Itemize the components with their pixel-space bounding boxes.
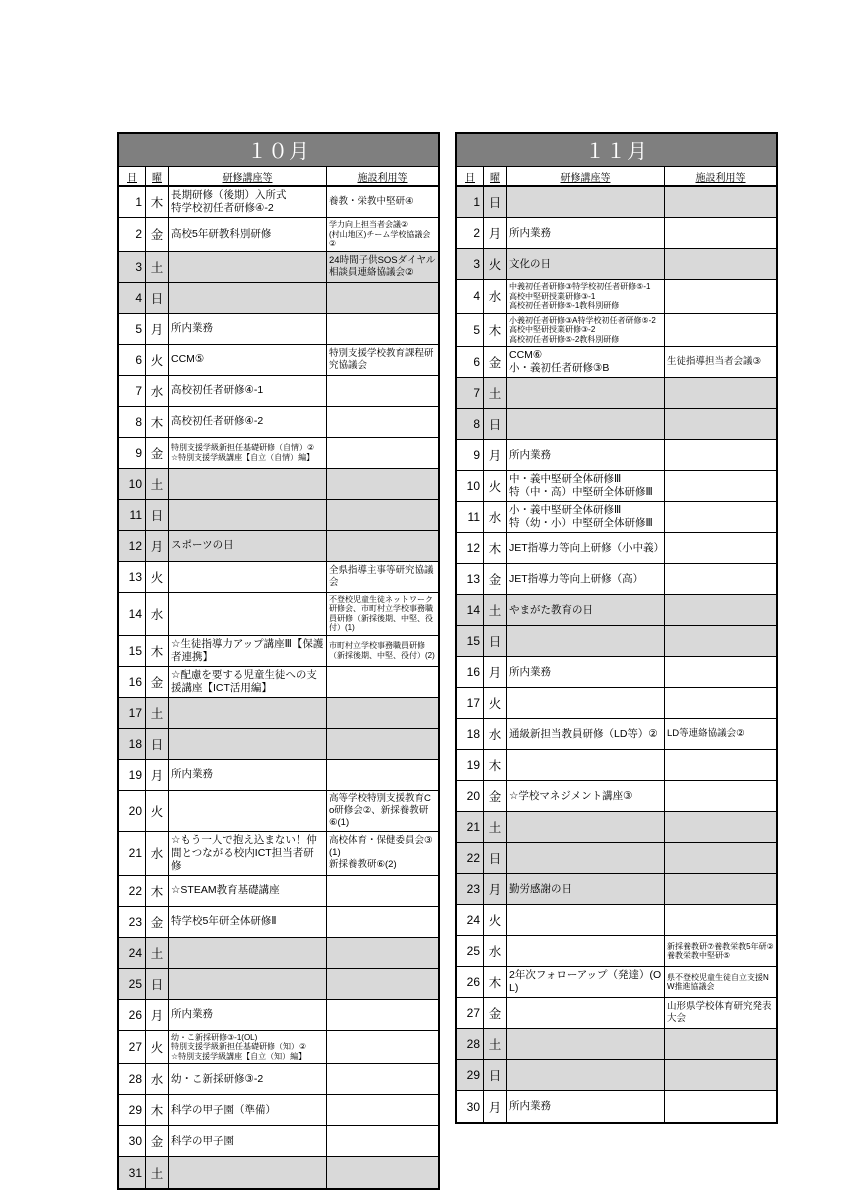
weekday-cell: 金 <box>484 781 507 811</box>
day-cell: 17 <box>457 688 484 718</box>
facility-text-line: 新採養教研⑦養教栄教5年研②養教栄教中堅研⑤ <box>667 942 774 961</box>
calendar-row: 5木小義初任者研修③A特学校初任者研修⑤-2高校中堅研授業研修③-2高校初任者研… <box>457 314 776 348</box>
calendar-row: 18日 <box>119 729 438 760</box>
day-cell: 1 <box>457 187 484 217</box>
calendar-row: 3火文化の日 <box>457 249 776 280</box>
day-cell: 9 <box>457 440 484 470</box>
facility-text-line: 県不登校児童生徒自立支援NW推進協議会 <box>667 973 774 992</box>
training-cell <box>169 698 327 728</box>
training-text-line: ☆STEAM教育基礎講座 <box>171 884 324 897</box>
header-training: 研修講座等 <box>169 167 327 185</box>
calendar-row: 26月所内業務 <box>119 1000 438 1031</box>
day-cell: 2 <box>457 218 484 248</box>
facility-cell <box>665 249 776 279</box>
calendar-row: 17火 <box>457 688 776 719</box>
weekday-cell: 水 <box>484 502 507 532</box>
weekday-cell: 木 <box>146 876 169 906</box>
day-cell: 7 <box>457 378 484 408</box>
training-cell: 高校初任者研修④-2 <box>169 407 327 437</box>
calendar-row: 31土 <box>119 1157 438 1188</box>
training-text-line: 特学校初任者研修④-2 <box>171 202 324 215</box>
training-text-line: 科学の甲子園（準備） <box>171 1104 324 1117</box>
day-cell: 6 <box>457 347 484 377</box>
facility-cell <box>665 218 776 248</box>
calendar-row: 10土 <box>119 469 438 500</box>
calendar-row: 29木科学の甲子園（準備） <box>119 1095 438 1126</box>
training-text-line: 高校5年研教科別研修 <box>171 228 324 241</box>
facility-text-line: 新採養教研⑥(2) <box>329 859 436 871</box>
facility-text-line: 生徒指導担当者会議③ <box>667 356 774 368</box>
weekday-cell: 土 <box>146 938 169 968</box>
facility-cell <box>327 760 438 790</box>
facility-text-line: 特別支援学校教育課程研究協議会 <box>329 348 436 372</box>
calendar-row: 13火全県指導主事等研究協議会 <box>119 562 438 593</box>
calendar-row: 12木JET指導力等向上研修（小中義） <box>457 533 776 564</box>
day-cell: 3 <box>457 249 484 279</box>
day-cell: 20 <box>119 791 146 831</box>
calendar-row: 7水高校初任者研修④-1 <box>119 376 438 407</box>
training-text-line: 高校中堅研授業研修③-1 <box>509 292 662 302</box>
calendar-row: 24火 <box>457 905 776 936</box>
day-cell: 21 <box>457 812 484 842</box>
calendar-row: 10火中・義中堅研全体研修Ⅲ特（中・高）中堅研全体研修Ⅲ <box>457 471 776 502</box>
training-cell: ☆STEAM教育基礎講座 <box>169 876 327 906</box>
training-cell: 所内業務 <box>507 1091 665 1122</box>
header-day: 日 <box>457 167 484 185</box>
facility-cell <box>327 698 438 728</box>
calendar-row: 22日 <box>457 843 776 874</box>
training-text-line: 高校初任者研修④-1 <box>171 384 324 397</box>
training-text-line: 小・義初任者研修③B <box>509 362 662 375</box>
training-text-line: ☆特別支援学級講座【自立（知）編】 <box>171 1052 324 1062</box>
day-cell: 13 <box>457 564 484 594</box>
facility-cell <box>327 438 438 468</box>
training-cell: やまがた教育の日 <box>507 595 665 625</box>
training-text-line: 長期研修（後期）入所式 <box>171 189 324 202</box>
training-cell <box>507 626 665 656</box>
training-text-line: ☆もう一人で抱え込まない！仲間とつながる校内ICT担当者研修 <box>171 834 324 873</box>
day-cell: 12 <box>119 531 146 561</box>
day-cell: 14 <box>457 595 484 625</box>
calendar-row: 24土 <box>119 938 438 969</box>
facility-cell <box>327 1064 438 1094</box>
calendar-row: 4日 <box>119 283 438 314</box>
training-cell <box>169 283 327 313</box>
training-cell <box>507 1060 665 1090</box>
day-cell: 1 <box>119 187 146 217</box>
training-text-line: 所内業務 <box>171 322 324 335</box>
facility-cell: 県不登校児童生徒自立支援NW推進協議会 <box>665 967 776 997</box>
facility-cell: 新採養教研⑦養教栄教5年研②養教栄教中堅研⑤ <box>665 936 776 966</box>
facility-text-line: 24時間子供SOSダイヤル相談員連絡協議会② <box>329 255 436 279</box>
facility-cell <box>665 626 776 656</box>
training-text-line: 2年次フォローアップ（発達）(OL) <box>509 969 662 995</box>
training-cell: 幼・こ新採研修③-1(OL)特別支援学級新担任基礎研修（知）②☆特別支援学級講座… <box>169 1031 327 1064</box>
weekday-cell: 月 <box>146 531 169 561</box>
facility-cell: 不登校児童生徒ネットワーク研修会、市町村立学校事務職員研修（新採後期、中堅、役付… <box>327 593 438 635</box>
training-cell <box>507 409 665 439</box>
weekday-cell: 日 <box>484 409 507 439</box>
facility-text-line: 山形県学校体育研究発表大会 <box>667 1001 774 1025</box>
calendar-row: 29日 <box>457 1060 776 1091</box>
day-cell: 19 <box>457 750 484 780</box>
training-cell <box>507 688 665 718</box>
training-text-line: ☆生徒指導力アップ講座Ⅲ【保護者連携】 <box>171 638 324 664</box>
header-training: 研修講座等 <box>507 167 665 185</box>
training-text-line: 勤労感謝の日 <box>509 883 662 896</box>
weekday-cell: 火 <box>146 791 169 831</box>
weekday-cell: 土 <box>484 1029 507 1059</box>
calendar-october: １０月 日 曜 研修講座等 施設利用等 1木長期研修（後期）入所式特学校初任者研… <box>117 132 440 1190</box>
facility-text-line: 市町村立学校事務職員研修（新採後期、中堅、役付）(2) <box>329 641 436 660</box>
training-cell <box>507 812 665 842</box>
calendar-row: 25日 <box>119 969 438 1000</box>
weekday-cell: 月 <box>146 760 169 790</box>
training-cell <box>507 843 665 873</box>
day-cell: 28 <box>119 1064 146 1094</box>
weekday-cell: 土 <box>484 595 507 625</box>
training-cell: 科学の甲子園 <box>169 1126 327 1156</box>
facility-cell: 学力向上担当者会議②(村山地区)チーム学校協議会② <box>327 218 438 251</box>
training-text-line: 特（幼・小）中堅研全体研修Ⅲ <box>509 517 662 530</box>
training-cell: 長期研修（後期）入所式特学校初任者研修④-2 <box>169 187 327 217</box>
weekday-cell: 月 <box>484 874 507 904</box>
weekday-cell: 水 <box>146 376 169 406</box>
facility-cell <box>665 314 776 347</box>
facility-text-line: (村山地区)チーム学校協議会② <box>329 230 436 249</box>
training-cell: 幼・こ新採研修③-2 <box>169 1064 327 1094</box>
weekday-cell: 水 <box>484 280 507 313</box>
training-cell <box>169 938 327 968</box>
calendar-row: 3土24時間子供SOSダイヤル相談員連絡協議会② <box>119 252 438 283</box>
facility-cell <box>327 500 438 530</box>
day-cell: 23 <box>457 874 484 904</box>
calendar-row: 14水不登校児童生徒ネットワーク研修会、市町村立学校事務職員研修（新採後期、中堅… <box>119 593 438 636</box>
rows-november: 1日2月所内業務3火文化の日4水中義初任者研修③特学校初任者研修⑤-1高校中堅研… <box>457 187 776 1122</box>
day-cell: 19 <box>119 760 146 790</box>
weekday-cell: 日 <box>146 969 169 999</box>
facility-cell: 高校体育・保健委員会③(1)新採養教研⑥(2) <box>327 832 438 875</box>
facility-cell <box>327 1126 438 1156</box>
training-cell <box>507 936 665 966</box>
day-cell: 11 <box>457 502 484 532</box>
facility-cell <box>327 907 438 937</box>
weekday-cell: 日 <box>146 283 169 313</box>
weekday-cell: 金 <box>146 667 169 697</box>
training-cell: 特学校5年研全体研修Ⅱ <box>169 907 327 937</box>
weekday-cell: 火 <box>146 562 169 592</box>
training-cell: 高校5年研教科別研修 <box>169 218 327 251</box>
weekday-cell: 日 <box>484 1060 507 1090</box>
training-text-line: 所内業務 <box>509 1100 662 1113</box>
day-cell: 29 <box>119 1095 146 1125</box>
calendar-row: 14土やまがた教育の日 <box>457 595 776 626</box>
day-cell: 25 <box>119 969 146 999</box>
day-cell: 6 <box>119 345 146 375</box>
training-cell: 所内業務 <box>507 657 665 687</box>
facility-cell <box>327 407 438 437</box>
training-text-line: ☆特別支援学級講座【自立（自情）編】 <box>171 453 324 463</box>
calendar-row: 8日 <box>457 409 776 440</box>
weekday-cell: 金 <box>484 998 507 1028</box>
training-cell: 所内業務 <box>169 760 327 790</box>
training-cell: CCM⑤ <box>169 345 327 375</box>
day-cell: 18 <box>119 729 146 759</box>
facility-cell <box>327 729 438 759</box>
day-cell: 5 <box>457 314 484 347</box>
weekday-cell: 日 <box>484 843 507 873</box>
calendar-row: 2金高校5年研教科別研修学力向上担当者会議②(村山地区)チーム学校協議会② <box>119 218 438 252</box>
training-cell: 所内業務 <box>169 1000 327 1030</box>
calendar-row: 11水小・義中堅研全体研修Ⅲ特（幼・小）中堅研全体研修Ⅲ <box>457 502 776 533</box>
day-cell: 22 <box>119 876 146 906</box>
facility-cell <box>665 688 776 718</box>
calendar-row: 5月所内業務 <box>119 314 438 345</box>
training-text-line: 特（中・高）中堅研全体研修Ⅲ <box>509 486 662 499</box>
day-cell: 8 <box>457 409 484 439</box>
facility-cell: 特別支援学校教育課程研究協議会 <box>327 345 438 375</box>
training-cell: JET指導力等向上研修（高） <box>507 564 665 594</box>
facility-cell <box>665 843 776 873</box>
calendar-row: 15日 <box>457 626 776 657</box>
facility-cell <box>665 409 776 439</box>
weekday-cell: 金 <box>146 907 169 937</box>
facility-cell <box>665 378 776 408</box>
training-cell <box>169 791 327 831</box>
weekday-cell: 日 <box>146 500 169 530</box>
weekday-cell: 月 <box>146 314 169 344</box>
header-facility: 施設利用等 <box>327 167 438 185</box>
training-text-line: 文化の日 <box>509 258 662 271</box>
day-cell: 18 <box>457 719 484 749</box>
facility-cell <box>665 1060 776 1090</box>
weekday-cell: 土 <box>146 698 169 728</box>
header-weekday: 曜 <box>146 167 169 185</box>
day-cell: 29 <box>457 1060 484 1090</box>
calendar-row: 4水中義初任者研修③特学校初任者研修⑤-1高校中堅研授業研修③-1高校初任者研修… <box>457 280 776 314</box>
training-text-line: やまがた教育の日 <box>509 604 662 617</box>
calendar-row: 23金特学校5年研全体研修Ⅱ <box>119 907 438 938</box>
table-header-november: 日 曜 研修講座等 施設利用等 <box>457 167 776 187</box>
training-cell <box>169 969 327 999</box>
calendar-row: 22木☆STEAM教育基礎講座 <box>119 876 438 907</box>
calendar-row: 16月所内業務 <box>457 657 776 688</box>
training-cell: 中・義中堅研全体研修Ⅲ特（中・高）中堅研全体研修Ⅲ <box>507 471 665 501</box>
day-cell: 26 <box>457 967 484 997</box>
weekday-cell: 水 <box>146 593 169 635</box>
facility-cell <box>327 376 438 406</box>
training-cell: ☆配慮を要する児童生徒への支援講座【ICT活用編】 <box>169 667 327 697</box>
training-text-line: 中・義中堅研全体研修Ⅲ <box>509 473 662 486</box>
training-cell <box>169 252 327 282</box>
calendar-row: 27火幼・こ新採研修③-1(OL)特別支援学級新担任基礎研修（知）②☆特別支援学… <box>119 1031 438 1065</box>
facility-cell <box>327 938 438 968</box>
facility-text-line: LD等連絡協議会② <box>667 728 774 740</box>
facility-cell: 全県指導主事等研究協議会 <box>327 562 438 592</box>
calendar-row: 18水通級新担当教員研修（LD等）②LD等連絡協議会② <box>457 719 776 750</box>
day-cell: 16 <box>119 667 146 697</box>
header-weekday: 曜 <box>484 167 507 185</box>
calendar-row: 17土 <box>119 698 438 729</box>
facility-cell <box>665 502 776 532</box>
training-text-line: JET指導力等向上研修（高） <box>509 573 662 586</box>
calendar-row: 11日 <box>119 500 438 531</box>
weekday-cell: 木 <box>146 636 169 666</box>
training-cell: 小義初任者研修③A特学校初任者研修⑤-2高校中堅研授業研修③-2高校初任者研修⑤… <box>507 314 665 347</box>
training-text-line: 科学の甲子園 <box>171 1135 324 1148</box>
training-cell <box>169 469 327 499</box>
weekday-cell: 木 <box>484 750 507 780</box>
weekday-cell: 月 <box>484 657 507 687</box>
calendar-row: 28土 <box>457 1029 776 1060</box>
day-cell: 23 <box>119 907 146 937</box>
training-cell: 特別支援学級新担任基礎研修（自情）②☆特別支援学級講座【自立（自情）編】 <box>169 438 327 468</box>
day-cell: 4 <box>119 283 146 313</box>
training-cell: 所内業務 <box>507 440 665 470</box>
training-text-line: 小義初任者研修③A特学校初任者研修⑤-2 <box>509 316 662 326</box>
day-cell: 14 <box>119 593 146 635</box>
weekday-cell: 月 <box>484 440 507 470</box>
facility-cell <box>665 280 776 313</box>
calendar-november: １１月 日 曜 研修講座等 施設利用等 1日2月所内業務3火文化の日4水中義初任… <box>455 132 778 1124</box>
day-cell: 27 <box>457 998 484 1028</box>
calendar-row: 30月所内業務 <box>457 1091 776 1122</box>
training-text-line: 高校初任者研修⑤-2教科別研修 <box>509 335 662 345</box>
training-cell <box>169 593 327 635</box>
weekday-cell: 火 <box>484 905 507 935</box>
weekday-cell: 木 <box>484 967 507 997</box>
facility-cell <box>665 187 776 217</box>
day-cell: 24 <box>119 938 146 968</box>
calendar-row: 23月勤労感謝の日 <box>457 874 776 905</box>
day-cell: 13 <box>119 562 146 592</box>
facility-cell <box>665 812 776 842</box>
facility-cell <box>327 1095 438 1125</box>
month-title-october: １０月 <box>119 134 438 167</box>
training-cell: 通級新担当教員研修（LD等）② <box>507 719 665 749</box>
day-cell: 7 <box>119 376 146 406</box>
training-text-line: 所内業務 <box>171 768 324 781</box>
day-cell: 17 <box>119 698 146 728</box>
calendar-row: 6金CCM⑥小・義初任者研修③B生徒指導担当者会議③ <box>457 347 776 378</box>
day-cell: 4 <box>457 280 484 313</box>
facility-cell <box>327 531 438 561</box>
day-cell: 25 <box>457 936 484 966</box>
weekday-cell: 火 <box>484 688 507 718</box>
calendar-row: 15木☆生徒指導力アップ講座Ⅲ【保護者連携】市町村立学校事務職員研修（新採後期、… <box>119 636 438 667</box>
training-text-line: CCM⑥ <box>509 349 662 362</box>
facility-cell <box>327 469 438 499</box>
facility-cell: LD等連絡協議会② <box>665 719 776 749</box>
weekday-cell: 水 <box>484 936 507 966</box>
calendar-row: 28水幼・こ新採研修③-2 <box>119 1064 438 1095</box>
facility-text-line: 養教・栄教中堅研④ <box>329 196 436 208</box>
calendar-row: 27金山形県学校体育研究発表大会 <box>457 998 776 1029</box>
facility-cell <box>327 1031 438 1064</box>
facility-cell <box>665 533 776 563</box>
header-day: 日 <box>119 167 146 185</box>
facility-cell: 生徒指導担当者会議③ <box>665 347 776 377</box>
weekday-cell: 水 <box>484 719 507 749</box>
facility-cell <box>665 471 776 501</box>
weekday-cell: 金 <box>484 347 507 377</box>
day-cell: 31 <box>119 1157 146 1188</box>
facility-text-line: 学力向上担当者会議② <box>329 220 436 230</box>
facility-text-line: 不登校児童生徒ネットワーク研修会、市町村立学校事務職員研修（新採後期、中堅、役付… <box>329 595 436 633</box>
training-cell: 小・義中堅研全体研修Ⅲ特（幼・小）中堅研全体研修Ⅲ <box>507 502 665 532</box>
training-text-line: スポーツの日 <box>171 539 324 552</box>
training-cell: CCM⑥小・義初任者研修③B <box>507 347 665 377</box>
day-cell: 30 <box>457 1091 484 1122</box>
calendar-row: 7土 <box>457 378 776 409</box>
facility-cell: 市町村立学校事務職員研修（新採後期、中堅、役付）(2) <box>327 636 438 666</box>
day-cell: 20 <box>457 781 484 811</box>
training-cell: 中義初任者研修③特学校初任者研修⑤-1高校中堅研授業研修③-1高校初任者研修⑤-… <box>507 280 665 313</box>
calendar-row: 1木長期研修（後期）入所式特学校初任者研修④-2養教・栄教中堅研④ <box>119 187 438 218</box>
weekday-cell: 火 <box>484 249 507 279</box>
calendar-row: 21水☆もう一人で抱え込まない！仲間とつながる校内ICT担当者研修高校体育・保健… <box>119 832 438 876</box>
training-cell <box>169 500 327 530</box>
training-cell: 文化の日 <box>507 249 665 279</box>
weekday-cell: 土 <box>146 252 169 282</box>
calendar-row: 13金JET指導力等向上研修（高） <box>457 564 776 595</box>
facility-cell <box>327 283 438 313</box>
training-cell <box>507 1029 665 1059</box>
weekday-cell: 火 <box>146 345 169 375</box>
facility-cell <box>665 750 776 780</box>
training-cell <box>507 378 665 408</box>
facility-cell <box>327 667 438 697</box>
training-cell <box>169 729 327 759</box>
weekday-cell: 火 <box>146 1031 169 1064</box>
weekday-cell: 月 <box>484 1091 507 1122</box>
day-cell: 8 <box>119 407 146 437</box>
day-cell: 12 <box>457 533 484 563</box>
training-cell: ☆学校マネジメント講座③ <box>507 781 665 811</box>
training-text-line: 高校初任者研修⑤-1教科別研修 <box>509 301 662 311</box>
facility-cell <box>327 969 438 999</box>
calendar-row: 20金☆学校マネジメント講座③ <box>457 781 776 812</box>
calendar-row: 19月所内業務 <box>119 760 438 791</box>
day-cell: 11 <box>119 500 146 530</box>
facility-text-line: 全県指導主事等研究協議会 <box>329 565 436 589</box>
day-cell: 15 <box>119 636 146 666</box>
training-cell: スポーツの日 <box>169 531 327 561</box>
day-cell: 10 <box>119 469 146 499</box>
training-text-line: ☆配慮を要する児童生徒への支援講座【ICT活用編】 <box>171 669 324 695</box>
training-cell: ☆もう一人で抱え込まない！仲間とつながる校内ICT担当者研修 <box>169 832 327 875</box>
training-text-line: 所内業務 <box>509 666 662 679</box>
weekday-cell: 金 <box>146 438 169 468</box>
day-cell: 16 <box>457 657 484 687</box>
training-cell <box>507 905 665 935</box>
calendar-row: 25水新採養教研⑦養教栄教5年研②養教栄教中堅研⑤ <box>457 936 776 967</box>
facility-text-line: 高校体育・保健委員会③(1) <box>329 835 436 859</box>
weekday-cell: 日 <box>484 187 507 217</box>
table-header-october: 日 曜 研修講座等 施設利用等 <box>119 167 438 187</box>
facility-cell <box>327 314 438 344</box>
facility-cell <box>327 1000 438 1030</box>
facility-cell <box>665 874 776 904</box>
training-text-line: 通級新担当教員研修（LD等）② <box>509 728 662 741</box>
facility-text-line: 高等学校特別支援教育Co研修会②、新採養教研⑥(1) <box>329 793 436 829</box>
calendar-row: 12月スポーツの日 <box>119 531 438 562</box>
facility-cell <box>665 595 776 625</box>
month-title-november: １１月 <box>457 134 776 167</box>
training-text-line: 高校中堅研授業研修③-2 <box>509 325 662 335</box>
training-text-line: 特別支援学級新担任基礎研修（自情）② <box>171 443 324 453</box>
weekday-cell: 日 <box>146 729 169 759</box>
